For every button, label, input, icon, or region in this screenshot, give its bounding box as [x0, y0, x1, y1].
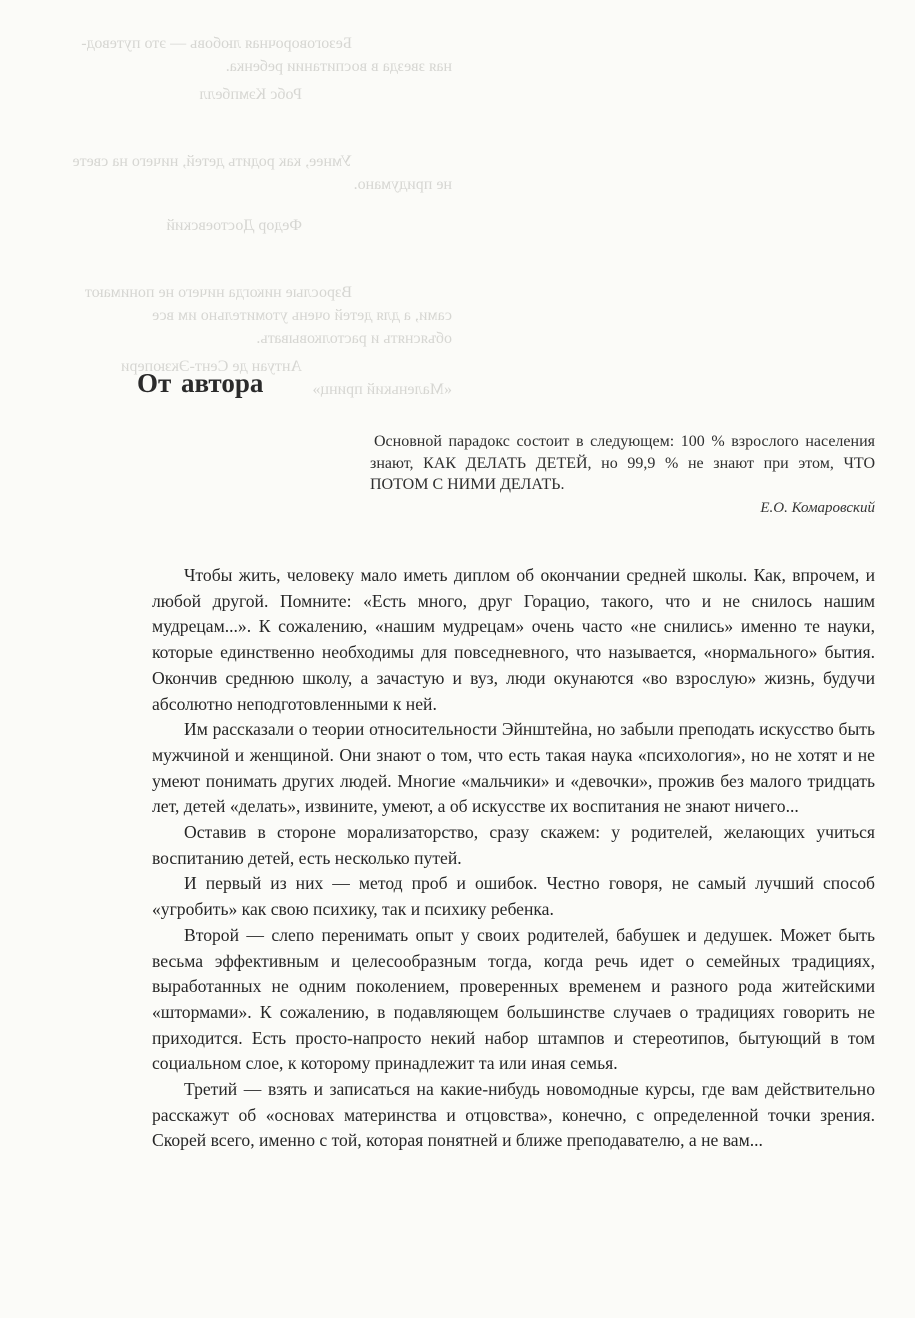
bleed-line: не придумано. [52, 173, 452, 196]
bleed-author: Робс Кэмпбелл [52, 83, 452, 106]
bleed-quote-2: Умнее, как родить детей, ничего на свете… [52, 150, 452, 237]
epigraph-author: Е.О. Комаровский [760, 500, 875, 517]
paragraph: Второй — слепо перенимать опыт у своих р… [152, 923, 875, 1077]
bleed-line: Взрослые никогда ничего не понимают [52, 281, 452, 304]
section-title: От автора [137, 368, 263, 399]
bleed-line: объяснять и растолковывать. [52, 327, 452, 350]
bleed-line: Безоговорочная любовь — это путевод- [52, 32, 452, 55]
paragraph: Третий — взять и записаться на какие-ниб… [152, 1077, 875, 1154]
epigraph-text: Основной парадокс состоит в следующем: 1… [370, 431, 875, 496]
paragraph: И первый из них — метод проб и ошибок. Ч… [152, 871, 875, 922]
paragraph: Оставив в стороне морализаторство, сразу… [152, 820, 875, 871]
paragraph: Им рассказали о теории относительности Э… [152, 717, 875, 820]
bleed-line: Умнее, как родить детей, ничего на свете [52, 150, 452, 173]
bleed-line: сами, а для детей очень утомительно им в… [52, 304, 452, 327]
paragraph: Чтобы жить, человеку мало иметь диплом о… [152, 563, 875, 717]
bleed-author: Федор Достоевский [52, 214, 452, 237]
bleed-line: ная звезда в воспитании ребенка. [52, 55, 452, 78]
body-text: Чтобы жить, человеку мало иметь диплом о… [152, 563, 875, 1154]
bleed-quote-1: Безоговорочная любовь — это путевод- ная… [52, 32, 452, 106]
